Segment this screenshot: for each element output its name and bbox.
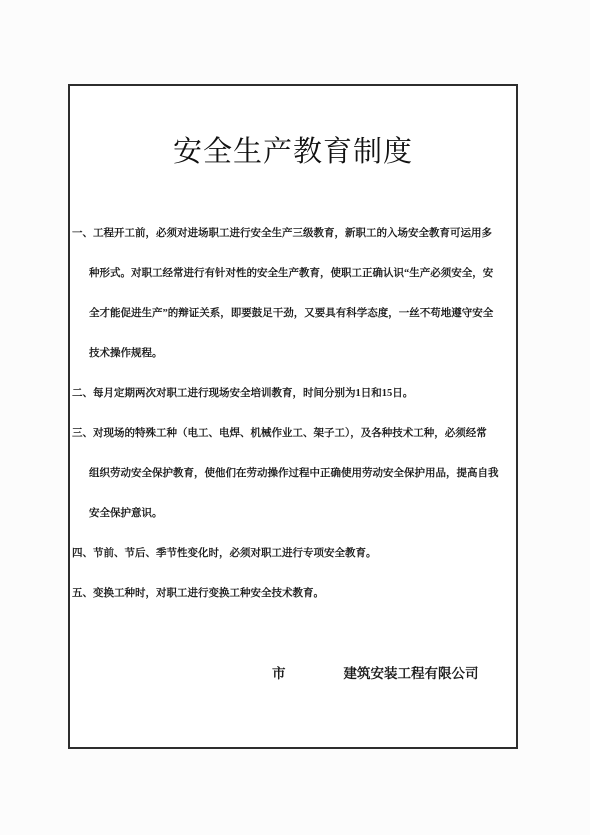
paragraph-1-line-4: 技术操作规程。 (89, 334, 508, 374)
paragraph-3-line-2: 组织劳动安全保护教育，使他们在劳动操作过程中正确使用劳动安全保护用品，提高自我 (89, 454, 508, 494)
paragraph-1-line-1: 一、工程开工前，必须对进场职工进行安全生产三级教育，新职工的入场安全教育可运用多 (72, 214, 508, 254)
paragraph-3-line-3: 安全保护意识。 (89, 494, 508, 534)
paragraph-3-line-1: 三、对现场的特殊工种（电工、电焊、机械作业工、架子工），及各种技术工种，必须经常 (72, 414, 508, 454)
paragraph-4-line-1: 四、节前、节后、季节性变化时，必须对职工进行专项安全教育。 (72, 534, 508, 574)
paragraph-1: 一、工程开工前，必须对进场职工进行安全生产三级教育，新职工的入场安全教育可运用多… (72, 214, 508, 374)
signature-line: 市建筑安装工程有限公司 (72, 654, 508, 694)
paragraph-5: 五、变换工种时，对职工进行变换工种安全技术教育。 (72, 574, 508, 614)
paragraph-3: 三、对现场的特殊工种（电工、电焊、机械作业工、架子工），及各种技术工种，必须经常… (72, 414, 508, 534)
paragraph-4: 四、节前、节后、季节性变化时，必须对职工进行专项安全教育。 (72, 534, 508, 574)
paragraph-1-line-3: 全才能促进生产”的辩证关系，即要鼓足干劲，又要具有科学态度，一丝不苟地遵守安全 (89, 294, 508, 334)
company-name: 建筑安装工程有限公司 (344, 666, 479, 681)
document-title: 安全生产教育制度 (70, 134, 516, 170)
paragraph-2: 二、每月定期两次对职工进行现场安全培训教育，时间分别为1日和15日。 (72, 374, 508, 414)
document-body: 一、工程开工前，必须对进场职工进行安全生产三级教育，新职工的入场安全教育可运用多… (72, 214, 508, 614)
document-border-frame: 安全生产教育制度 一、工程开工前，必须对进场职工进行安全生产三级教育，新职工的入… (68, 84, 518, 749)
paragraph-2-line-1: 二、每月定期两次对职工进行现场安全培训教育，时间分别为1日和15日。 (72, 374, 508, 414)
paragraph-5-line-1: 五、变换工种时，对职工进行变换工种安全技术教育。 (72, 574, 508, 614)
scanned-document-page: 安全生产教育制度 一、工程开工前，必须对进场职工进行安全生产三级教育，新职工的入… (0, 0, 590, 835)
paragraph-1-line-2: 种形式。对职工经常进行有针对性的安全生产教育，使职工正确认识“生产必须安全，安 (89, 254, 508, 294)
company-prefix-city: 市 (272, 666, 286, 681)
